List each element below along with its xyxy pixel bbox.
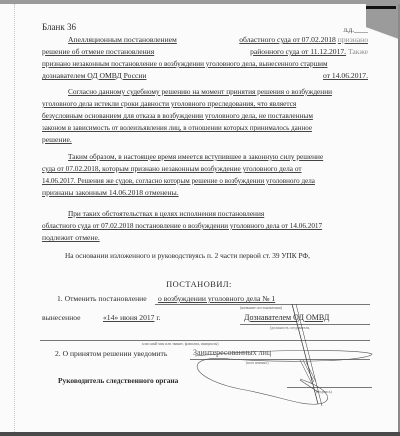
scan-bottom-edge <box>0 432 400 436</box>
handwritten-signature-icon <box>0 4 398 432</box>
document-page: Бланк 36 л.д.____ Апелляционным постанов… <box>0 4 398 432</box>
